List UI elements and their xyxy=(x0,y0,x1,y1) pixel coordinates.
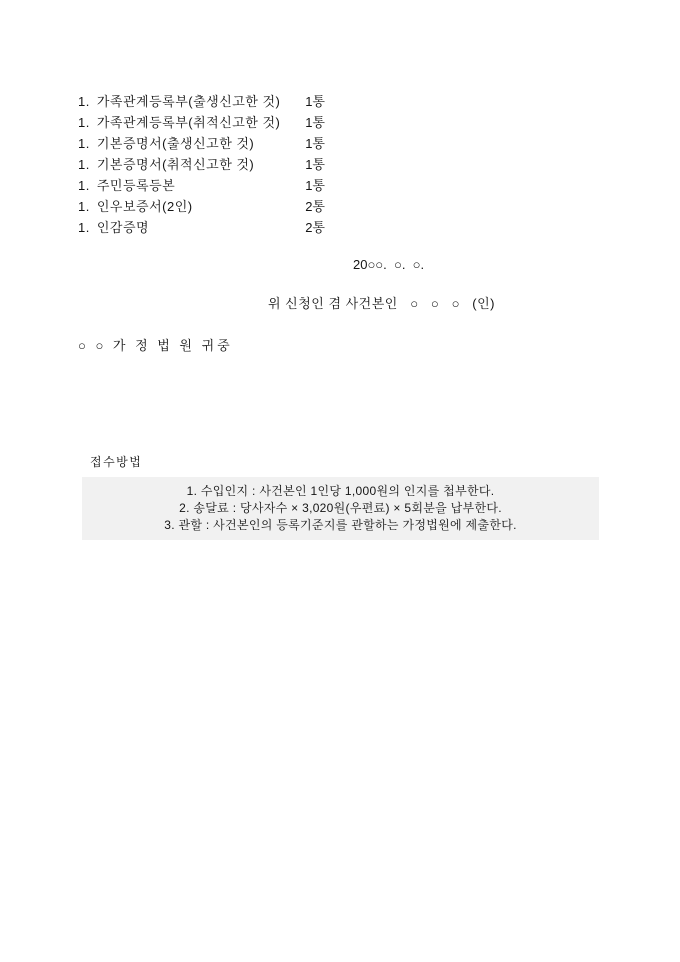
date-line: 20○○. ○. ○. xyxy=(353,257,424,272)
item-label: 기본증명서(취적신고한 것) xyxy=(97,154,254,173)
attachment-item: 1. 인우보증서(2인) 2통 xyxy=(78,196,325,217)
attachment-list: 1. 가족관계등록부(출생신고한 것) 1통 1. 가족관계등록부(취적신고한 … xyxy=(78,91,325,238)
attachment-item: 1. 기본증명서(취적신고한 것) 1통 xyxy=(78,154,325,175)
item-label: 인우보증서(2인) xyxy=(97,196,193,215)
item-number: 1. xyxy=(78,157,90,172)
submission-note-delivery-fee: 2. 송달료 : 당사자수 × 3,020원(우편료) × 5회분을 납부한다. xyxy=(82,500,599,517)
attachment-item: 1. 주민등록등본 1통 xyxy=(78,175,325,196)
item-label: 주민등록등본 xyxy=(97,175,175,194)
item-number: 1. xyxy=(78,136,90,151)
attachment-item: 1. 인감증명 2통 xyxy=(78,217,325,238)
submission-method-box: 1. 수입인지 : 사건본인 1인당 1,000원의 인지를 첩부한다. 2. … xyxy=(82,477,599,540)
item-label: 가족관계등록부(출생신고한 것) xyxy=(97,91,281,110)
document-page: 1. 가족관계등록부(출생신고한 것) 1통 1. 가족관계등록부(취적신고한 … xyxy=(0,0,680,962)
item-number: 1. xyxy=(78,94,90,109)
submission-note-jurisdiction: 3. 관할 : 사건본인의 등록기준지를 관할하는 가정법원에 제출한다. xyxy=(82,517,599,534)
item-count: 2통 xyxy=(305,217,325,236)
attachment-item: 1. 기본증명서(출생신고한 것) 1통 xyxy=(78,133,325,154)
item-count: 2통 xyxy=(305,196,325,215)
item-number: 1. xyxy=(78,178,90,193)
item-number: 1. xyxy=(78,199,90,214)
item-count: 1통 xyxy=(305,112,325,131)
submission-note-stamp: 1. 수입인지 : 사건본인 1인당 1,000원의 인지를 첩부한다. xyxy=(82,483,599,500)
item-count: 1통 xyxy=(305,133,325,152)
court-addressee-line: ○ ○ 가 정 법 원 귀중 xyxy=(78,335,233,354)
item-label: 가족관계등록부(취적신고한 것) xyxy=(97,112,281,131)
item-label: 기본증명서(출생신고한 것) xyxy=(97,133,254,152)
item-number: 1. xyxy=(78,115,90,130)
item-count: 1통 xyxy=(305,91,325,110)
submission-method-label: 접수방법 xyxy=(90,453,142,470)
item-label: 인감증명 xyxy=(97,217,149,236)
signature-line: 위 신청인 겸 사건본인 ○ ○ ○ (인) xyxy=(268,293,495,312)
item-number: 1. xyxy=(78,220,90,235)
attachment-item: 1. 가족관계등록부(취적신고한 것) 1통 xyxy=(78,112,325,133)
item-count: 1통 xyxy=(305,154,325,173)
attachment-item: 1. 가족관계등록부(출생신고한 것) 1통 xyxy=(78,91,325,112)
item-count: 1통 xyxy=(305,175,325,194)
